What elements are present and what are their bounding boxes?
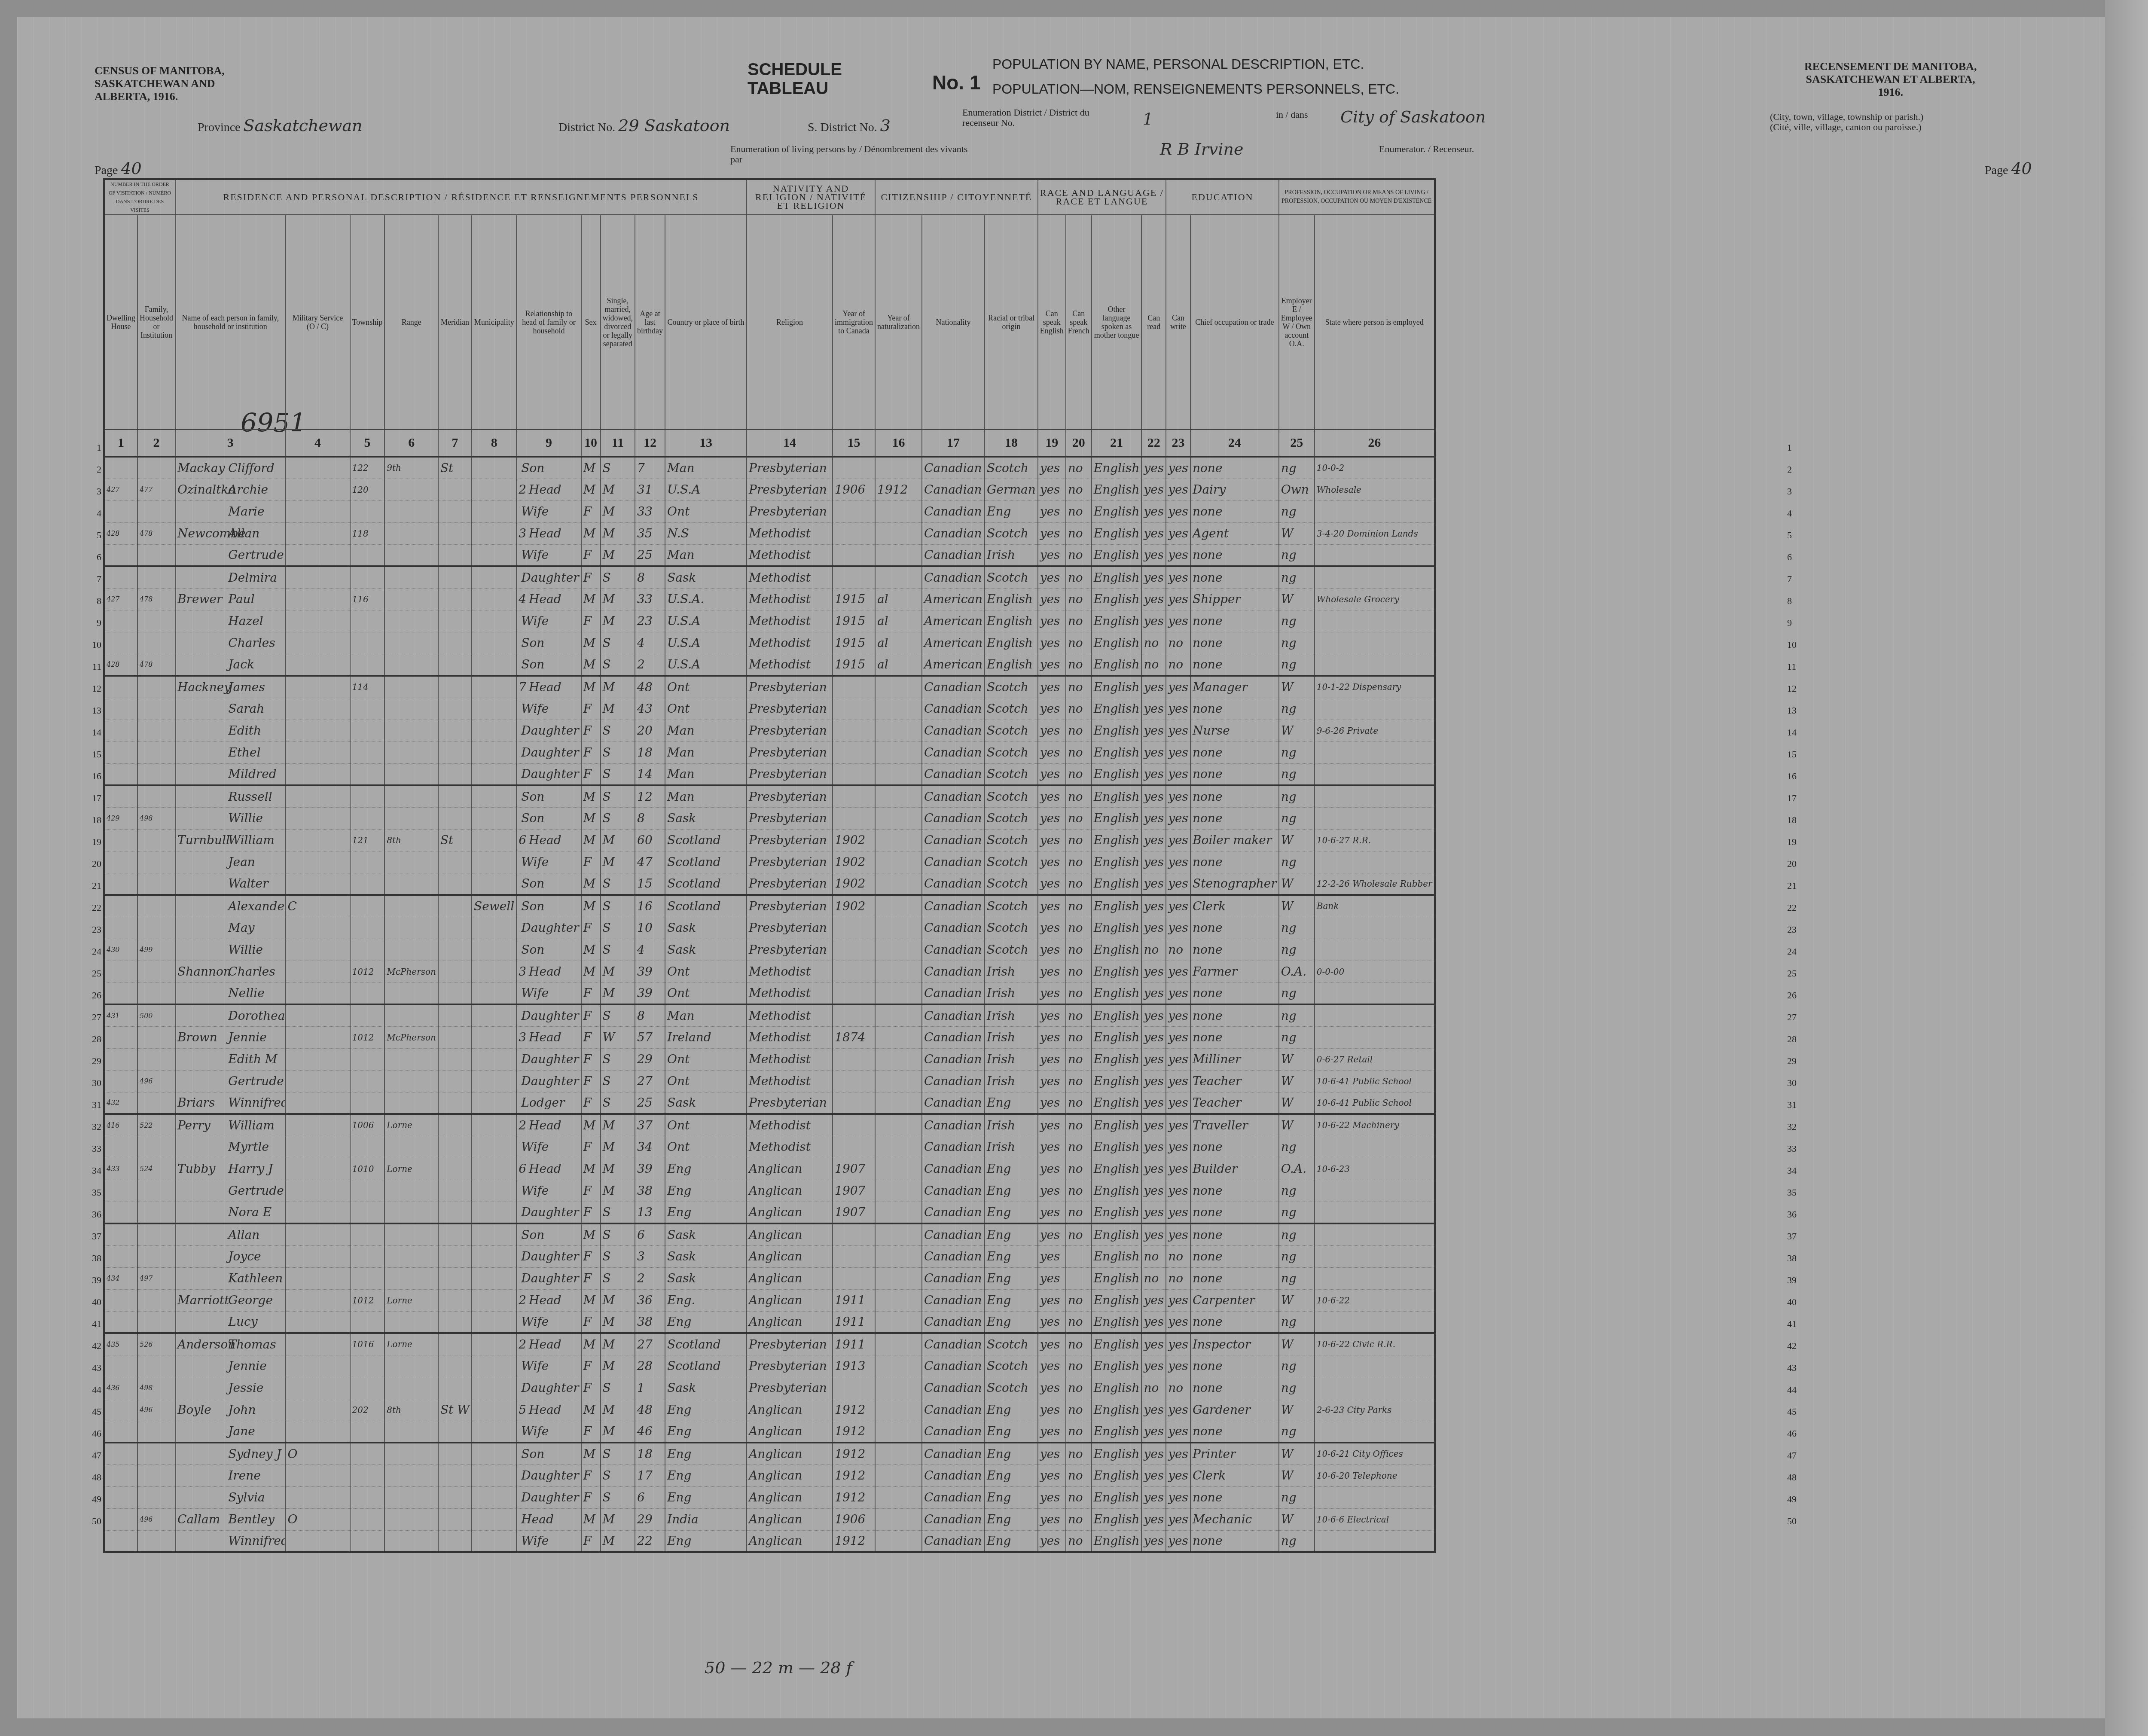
cell-occupation: none	[1190, 566, 1279, 588]
cell-religion: Methodist	[747, 982, 833, 1004]
cell-age: 34	[635, 1136, 665, 1158]
cell-marital: M	[601, 500, 635, 522]
line-number-left: 11	[86, 661, 101, 672]
line-number-right: 2	[1787, 464, 1804, 475]
cell-range	[384, 720, 438, 741]
cell-township	[350, 939, 385, 961]
cell-family	[137, 1530, 175, 1552]
cell-name: NewcombeAllan	[175, 522, 286, 544]
column-header-11: Single, married, widowed, divorced or le…	[601, 215, 635, 430]
cell-occupation: Builder	[1190, 1158, 1279, 1180]
line-number-left: 14	[86, 727, 101, 738]
cell-municipality	[472, 763, 516, 785]
cell-english: yes	[1038, 720, 1066, 741]
cell-marital: S	[601, 457, 635, 479]
cell-relation: Daughter	[516, 1004, 581, 1026]
cell-origin: Irish	[985, 982, 1038, 1004]
cell-meridian	[438, 1289, 472, 1311]
line-number-left: 49	[86, 1494, 101, 1505]
cell-marital: S	[601, 1377, 635, 1399]
cell-where	[1315, 1136, 1435, 1158]
family-number: 4	[519, 592, 526, 606]
cell-english: yes	[1038, 741, 1066, 763]
cell-emp: ng	[1279, 544, 1315, 566]
cell-read: yes	[1141, 982, 1166, 1004]
line-number-right: 4	[1787, 508, 1804, 519]
cell-english: yes	[1038, 939, 1066, 961]
cell-french: no	[1066, 1333, 1092, 1355]
cell-range	[384, 1508, 438, 1530]
cell-age: 28	[635, 1355, 665, 1377]
cell-where	[1315, 1004, 1435, 1026]
cell-english: yes	[1038, 588, 1066, 610]
cell-nationality: Canadian	[922, 895, 985, 917]
cell-emp: W	[1279, 720, 1315, 741]
cell-write: yes	[1166, 457, 1190, 479]
cell-military	[286, 1202, 350, 1223]
cell-age: 12	[635, 785, 665, 807]
cell-nationality: Canadian	[922, 785, 985, 807]
cell-natur: 1912	[875, 479, 922, 500]
line-number-right: 18	[1787, 815, 1804, 826]
cell-relation: 5Head	[516, 1399, 581, 1421]
given-name: Charles	[228, 964, 275, 979]
cell-military	[286, 610, 350, 632]
column-number-23: 23	[1166, 430, 1190, 457]
relationship: Son	[521, 811, 544, 825]
title-line: Saskatchewan and	[95, 77, 225, 90]
cell-read: yes	[1141, 961, 1166, 982]
cell-age: 7	[635, 457, 665, 479]
cell-religion: Presbyterian	[747, 829, 833, 851]
cell-write: yes	[1166, 1114, 1190, 1136]
column-number-21: 21	[1092, 430, 1142, 457]
cell-township	[350, 1355, 385, 1377]
line-number-left: 38	[86, 1253, 101, 1264]
cell-military	[286, 1245, 350, 1267]
cell-immig: 1912	[833, 1443, 875, 1464]
cell-military: O	[286, 1508, 350, 1530]
cell-range: Lorne	[384, 1158, 438, 1180]
cell-immig: 1912	[833, 1421, 875, 1443]
cell-age: 38	[635, 1180, 665, 1202]
cell-age: 25	[635, 1092, 665, 1114]
table-row: 430499WillieSonMS4SaskPresbyterianCanadi…	[104, 939, 1435, 961]
cell-occupation: none	[1190, 632, 1279, 654]
cell-where: 9-6-26 Private	[1315, 720, 1435, 741]
cell-read: yes	[1141, 917, 1166, 939]
cell-age: 2	[635, 654, 665, 676]
cell-read: yes	[1141, 1421, 1166, 1443]
cell-marital: M	[601, 1355, 635, 1377]
cell-english: yes	[1038, 961, 1066, 982]
cell-military	[286, 676, 350, 698]
cell-family	[137, 1092, 175, 1114]
cell-other_lang: English	[1092, 1004, 1142, 1026]
cell-other_lang: English	[1092, 873, 1142, 895]
cell-natur	[875, 873, 922, 895]
cell-municipality	[472, 785, 516, 807]
cell-where	[1315, 1026, 1435, 1048]
cell-write: yes	[1166, 1421, 1190, 1443]
cell-family: 496	[137, 1399, 175, 1421]
cell-military	[286, 982, 350, 1004]
table-row: Sydney JOSonMS18EngAnglican1912CanadianE…	[104, 1443, 1435, 1464]
cell-sex: F	[581, 698, 601, 720]
cell-emp: ng	[1279, 1026, 1315, 1048]
cell-other_lang: English	[1092, 785, 1142, 807]
line-number-right: 32	[1787, 1121, 1804, 1132]
cell-marital: M	[601, 982, 635, 1004]
cell-nationality: Canadian	[922, 1443, 985, 1464]
line-number-left: 8	[86, 595, 101, 607]
line-number-right: 44	[1787, 1384, 1804, 1395]
cell-family	[137, 895, 175, 917]
cell-municipality	[472, 500, 516, 522]
cell-french: no	[1066, 1136, 1092, 1158]
title-line: Alberta, 1916.	[95, 90, 225, 103]
given-name: Marie	[228, 504, 264, 519]
cell-nationality: Canadian	[922, 982, 985, 1004]
line-number-left: 26	[86, 990, 101, 1001]
title-fr: POPULATION—NOM, RENSEIGNEMENTS PERSONNEL…	[992, 76, 1399, 101]
surname: Marriott	[177, 1293, 228, 1307]
cell-other_lang: English	[1092, 676, 1142, 698]
cell-family: 478	[137, 588, 175, 610]
cell-religion: Presbyterian	[747, 763, 833, 785]
surname: Boyle	[177, 1403, 228, 1417]
cell-military	[286, 1311, 350, 1333]
cell-relation: Wife	[516, 698, 581, 720]
cell-where	[1315, 610, 1435, 632]
cell-family	[137, 741, 175, 763]
relationship: Head	[529, 1403, 561, 1417]
relationship: Head	[521, 1512, 554, 1526]
cell-read: yes	[1141, 1355, 1166, 1377]
cell-occupation: none	[1190, 741, 1279, 763]
cell-township	[350, 1421, 385, 1443]
line-number-left: 20	[86, 858, 101, 870]
cell-emp: W	[1279, 1443, 1315, 1464]
cell-municipality	[472, 961, 516, 982]
cell-meridian	[438, 1421, 472, 1443]
column-header-1: Dwelling House	[104, 215, 137, 430]
cell-name: Nellie	[175, 982, 286, 1004]
cell-military	[286, 1180, 350, 1202]
cell-birthplace: U.S.A	[665, 610, 747, 632]
cell-meridian	[438, 1267, 472, 1289]
cell-dwelling: 432	[104, 1092, 137, 1114]
cell-age: 31	[635, 479, 665, 500]
cell-name: Edith M	[175, 1048, 286, 1070]
cell-other_lang: English	[1092, 1508, 1142, 1530]
surname: Briars	[177, 1095, 228, 1110]
in-label: in / dans	[1276, 110, 1308, 120]
cell-township: 116	[350, 588, 385, 610]
cell-where	[1315, 1202, 1435, 1223]
cell-name: Sydney J	[175, 1443, 286, 1464]
cell-municipality	[472, 1114, 516, 1136]
cell-origin: Scotch	[985, 720, 1038, 741]
cell-nationality: Canadian	[922, 1486, 985, 1508]
cell-military	[286, 1004, 350, 1026]
cell-other_lang: English	[1092, 1421, 1142, 1443]
cell-english: yes	[1038, 829, 1066, 851]
cell-immig: 1907	[833, 1202, 875, 1223]
cell-military	[286, 785, 350, 807]
cell-occupation: none	[1190, 1245, 1279, 1267]
cell-name: Charles	[175, 632, 286, 654]
cell-municipality	[472, 1355, 516, 1377]
cell-religion: Presbyterian	[747, 1333, 833, 1355]
cell-emp: ng	[1279, 1530, 1315, 1552]
sub-district-label: S. District No.	[808, 121, 877, 134]
cell-birthplace: Man	[665, 457, 747, 479]
cell-military	[286, 479, 350, 500]
cell-municipality	[472, 982, 516, 1004]
cell-write: yes	[1166, 1048, 1190, 1070]
cell-meridian	[438, 1136, 472, 1158]
cell-religion: Anglican	[747, 1486, 833, 1508]
cell-relation: Son	[516, 1443, 581, 1464]
cell-meridian	[438, 1180, 472, 1202]
cell-name: Jessie	[175, 1377, 286, 1399]
given-name: Sarah	[228, 702, 264, 716]
cell-french: no	[1066, 457, 1092, 479]
cell-religion: Presbyterian	[747, 785, 833, 807]
cell-origin: Scotch	[985, 676, 1038, 698]
given-name: Mildred	[228, 767, 276, 781]
cell-relation: Wife	[516, 851, 581, 873]
cell-nationality: Canadian	[922, 1399, 985, 1421]
column-number-5: 5	[350, 430, 385, 457]
line-number-right: 24	[1787, 946, 1804, 957]
cell-emp: ng	[1279, 939, 1315, 961]
cell-township	[350, 1245, 385, 1267]
cell-military	[286, 1464, 350, 1486]
cell-emp: ng	[1279, 1421, 1315, 1443]
cell-occupation: none	[1190, 763, 1279, 785]
cell-where	[1315, 1530, 1435, 1552]
line-number-right: 14	[1787, 727, 1804, 738]
cell-where: 3-4-20 Dominion Lands	[1315, 522, 1435, 544]
cell-immig: 1912	[833, 1399, 875, 1421]
cell-religion: Presbyterian	[747, 807, 833, 829]
family-number: 3	[519, 1030, 526, 1044]
cell-religion: Presbyterian	[747, 676, 833, 698]
cell-relation: Wife	[516, 544, 581, 566]
line-number-left: 29	[86, 1056, 101, 1067]
line-number-right: 48	[1787, 1472, 1804, 1483]
cell-sex: F	[581, 500, 601, 522]
cell-meridian	[438, 785, 472, 807]
cell-range: Lorne	[384, 1114, 438, 1136]
cell-dwelling	[104, 1464, 137, 1486]
cell-write: no	[1166, 939, 1190, 961]
cell-sex: M	[581, 895, 601, 917]
line-number-right: 9	[1787, 617, 1804, 628]
cell-birthplace: Ont	[665, 982, 747, 1004]
cell-other_lang: English	[1092, 1223, 1142, 1245]
cell-where	[1315, 1223, 1435, 1245]
cell-occupation: Mechanic	[1190, 1508, 1279, 1530]
table-row: 427477OzinaltkoArchie1202HeadMM31U.S.APr…	[104, 479, 1435, 500]
cell-english: yes	[1038, 1202, 1066, 1223]
line-number-right: 21	[1787, 880, 1804, 891]
cell-immig	[833, 785, 875, 807]
cell-nationality: Canadian	[922, 851, 985, 873]
cell-marital: M	[601, 1136, 635, 1158]
cell-immig	[833, 544, 875, 566]
line-number-right: 11	[1787, 661, 1804, 672]
cell-marital: M	[601, 851, 635, 873]
cell-birthplace: U.S.A.	[665, 588, 747, 610]
cell-emp: W	[1279, 676, 1315, 698]
column-number-12: 12	[635, 430, 665, 457]
cell-other_lang: English	[1092, 1333, 1142, 1355]
cell-dwelling	[104, 741, 137, 763]
cell-birthplace: Ont	[665, 1114, 747, 1136]
cell-french: no	[1066, 632, 1092, 654]
place-hint-fr: (Cité, ville, village, canton ou paroiss…	[1770, 122, 1923, 132]
cell-name: Ethel	[175, 741, 286, 763]
cell-family	[137, 457, 175, 479]
cell-family	[137, 544, 175, 566]
cell-marital: S	[601, 1223, 635, 1245]
cell-origin: Eng	[985, 1399, 1038, 1421]
line-number-left: 42	[86, 1340, 101, 1352]
cell-read: yes	[1141, 1158, 1166, 1180]
cell-immig: 1915	[833, 632, 875, 654]
relationship: Head	[529, 833, 561, 847]
cell-military	[286, 522, 350, 544]
cell-marital: S	[601, 763, 635, 785]
cell-write: yes	[1166, 1070, 1190, 1092]
cell-meridian	[438, 479, 472, 500]
cell-age: 48	[635, 676, 665, 698]
cell-township: 202	[350, 1399, 385, 1421]
cell-immig	[833, 1048, 875, 1070]
cell-immig	[833, 982, 875, 1004]
table-row: DelmiraDaughterFS8SaskMethodistCanadianS…	[104, 566, 1435, 588]
cell-range: 8th	[384, 1399, 438, 1421]
cell-emp: W	[1279, 522, 1315, 544]
cell-religion: Methodist	[747, 1048, 833, 1070]
line-number-right: 10	[1787, 639, 1804, 650]
cell-relation: 2Head	[516, 1333, 581, 1355]
cell-occupation: Clerk	[1190, 1464, 1279, 1486]
cell-other_lang: English	[1092, 1245, 1142, 1267]
cell-write: yes	[1166, 676, 1190, 698]
cell-english: yes	[1038, 1421, 1066, 1443]
line-number-right: 1	[1787, 442, 1804, 453]
cell-origin: Scotch	[985, 1333, 1038, 1355]
cell-occupation: none	[1190, 1202, 1279, 1223]
cell-origin: Eng	[985, 1267, 1038, 1289]
cell-where: 10-6-21 City Offices	[1315, 1443, 1435, 1464]
cell-where: 10-6-22 Civic R.R.	[1315, 1333, 1435, 1355]
cell-name: Hazel	[175, 610, 286, 632]
cell-municipality	[472, 457, 516, 479]
cell-meridian: St	[438, 457, 472, 479]
cell-dwelling	[104, 895, 137, 917]
cell-range	[384, 1136, 438, 1158]
cell-french: no	[1066, 1289, 1092, 1311]
cell-sex: F	[581, 1048, 601, 1070]
given-name: George	[228, 1293, 273, 1307]
cell-where: 10-1-22 Dispensary	[1315, 676, 1435, 698]
cell-natur: al	[875, 588, 922, 610]
cell-occupation: none	[1190, 1530, 1279, 1552]
place-value: City of Saskatoon	[1340, 107, 1486, 126]
cell-religion: Methodist	[747, 1070, 833, 1092]
cell-immig: 1902	[833, 895, 875, 917]
cell-birthplace: Ont	[665, 1070, 747, 1092]
cell-meridian	[438, 895, 472, 917]
cell-range	[384, 610, 438, 632]
cell-range	[384, 939, 438, 961]
cell-english: yes	[1038, 676, 1066, 698]
cell-english: yes	[1038, 1289, 1066, 1311]
cell-english: yes	[1038, 1004, 1066, 1026]
line-number-left: 19	[86, 836, 101, 848]
cell-age: 4	[635, 939, 665, 961]
cell-french	[1066, 1245, 1092, 1267]
cell-origin: Eng	[985, 500, 1038, 522]
cell-nationality: American	[922, 588, 985, 610]
line-number-right: 45	[1787, 1406, 1804, 1417]
column-number-22: 22	[1141, 430, 1166, 457]
cell-relation: 7Head	[516, 676, 581, 698]
cell-meridian	[438, 1114, 472, 1136]
cell-name: Nora E	[175, 1202, 286, 1223]
cell-name: Irene	[175, 1464, 286, 1486]
relationship: Head	[529, 1337, 561, 1352]
cell-natur	[875, 1333, 922, 1355]
cell-family: 524	[137, 1158, 175, 1180]
cell-french: no	[1066, 522, 1092, 544]
cell-nationality: Canadian	[922, 1355, 985, 1377]
cell-immig	[833, 763, 875, 785]
column-number-14: 14	[747, 430, 833, 457]
cell-municipality	[472, 1180, 516, 1202]
cell-family	[137, 1223, 175, 1245]
cell-meridian	[438, 807, 472, 829]
cell-nationality: Canadian	[922, 1070, 985, 1092]
line-number-left: 6	[86, 552, 101, 563]
sub-district-field: S. District No. 3	[808, 116, 891, 135]
title-line: 1916.	[1804, 86, 1977, 99]
cell-township: 122	[350, 457, 385, 479]
surname: Brewer	[177, 592, 228, 606]
cell-family: 522	[137, 1114, 175, 1136]
cell-dwelling: 428	[104, 522, 137, 544]
cell-emp: W	[1279, 1464, 1315, 1486]
cell-nationality: Canadian	[922, 1048, 985, 1070]
table-row: LucyWifeFM38EngAnglican1911CanadianEngye…	[104, 1311, 1435, 1333]
relationship: Head	[529, 1118, 561, 1132]
column-header-14: Religion	[747, 215, 833, 430]
cell-occupation: Milliner	[1190, 1048, 1279, 1070]
cell-relation: Son	[516, 807, 581, 829]
given-name: Gertrude M	[228, 1074, 285, 1088]
cell-write: no	[1166, 1267, 1190, 1289]
cell-read: yes	[1141, 566, 1166, 588]
table-row: EthelDaughterFS18ManPresbyterianCanadian…	[104, 741, 1435, 763]
relationship: Wife	[521, 1424, 549, 1438]
cell-occupation: Manager	[1190, 676, 1279, 698]
cell-nationality: Canadian	[922, 457, 985, 479]
